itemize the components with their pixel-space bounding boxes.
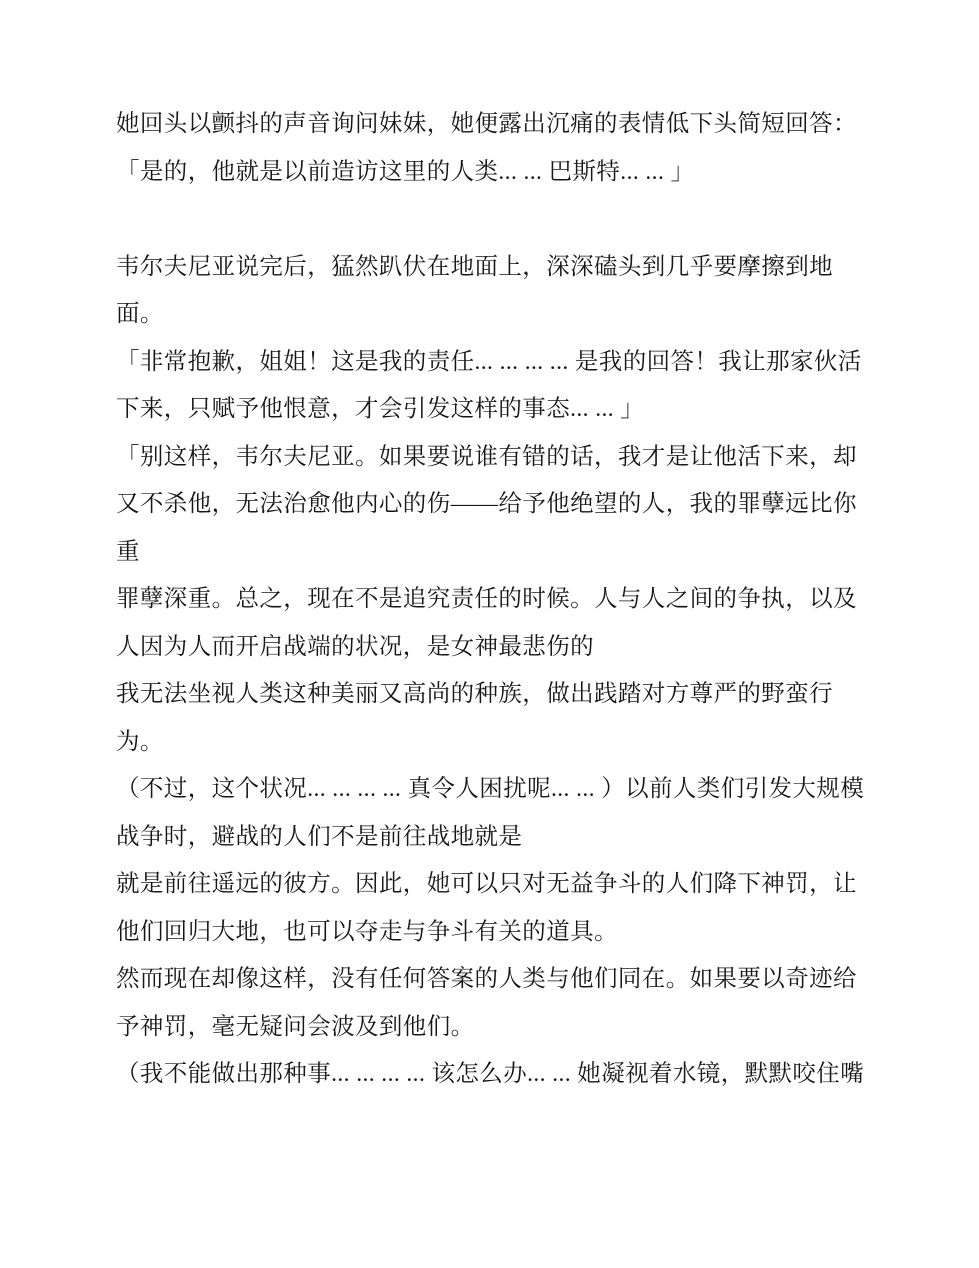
text-line: 下来，只赋予他恨意，才会引发这样的事态... ... 」 <box>116 386 886 434</box>
blank-line <box>116 196 886 244</box>
text-line: 人因为人而开启战端的状况，是女神最悲伤的 <box>116 624 886 672</box>
text-line: 面。 <box>116 291 886 339</box>
text-line: 然而现在却像这样，没有任何答案的人类与他们同在。如果要以奇迹给 <box>116 956 886 1004</box>
text-line: （不过，这个状况... ... ... ... 真令人困扰呢... ... ）以… <box>116 766 886 814</box>
text-line: 罪孽深重。总之，现在不是追究责任的时候。人与人之间的争执，以及 <box>116 576 886 624</box>
text-line: 予神罚，毫无疑问会波及到他们。 <box>116 1004 886 1052</box>
text-line: 「是的，他就是以前造访这里的人类... ... 巴斯特... ... 」 <box>116 149 886 197</box>
text-line: 她回头以颤抖的声音询问妹妹，她便露出沉痛的表情低下头简短回答： <box>116 101 886 149</box>
document-page: 她回头以颤抖的声音询问妹妹，她便露出沉痛的表情低下头简短回答： 「是的，他就是以… <box>116 101 886 1099</box>
text-line: 战争时，避战的人们不是前往战地就是 <box>116 814 886 862</box>
text-line: 为。 <box>116 719 886 767</box>
text-line: 他们回归大地，也可以夺走与争斗有关的道具。 <box>116 909 886 957</box>
text-line: （我不能做出那种事... ... ... ... 该怎么办... ... 她凝视… <box>116 1051 886 1099</box>
text-line: 我无法坐视人类这种美丽又高尚的种族，做出践踏对方尊严的野蛮行 <box>116 671 886 719</box>
text-line: 就是前往遥远的彼方。因此，她可以只对无益争斗的人们降下神罚，让 <box>116 861 886 909</box>
text-line: 重 <box>116 529 886 577</box>
text-line: 「别这样，韦尔夫尼亚。如果要说谁有错的话，我才是让他活下来，却 <box>116 434 886 482</box>
text-line: 「非常抱歉，姐姐！这是我的责任... ... ... ... 是我的回答！我让那… <box>116 339 886 387</box>
text-line: 韦尔夫尼亚说完后，猛然趴伏在地面上，深深磕头到几乎要摩擦到地 <box>116 244 886 292</box>
text-line: 又不杀他，无法治愈他内心的伤——给予他绝望的人，我的罪孽远比你 <box>116 481 886 529</box>
